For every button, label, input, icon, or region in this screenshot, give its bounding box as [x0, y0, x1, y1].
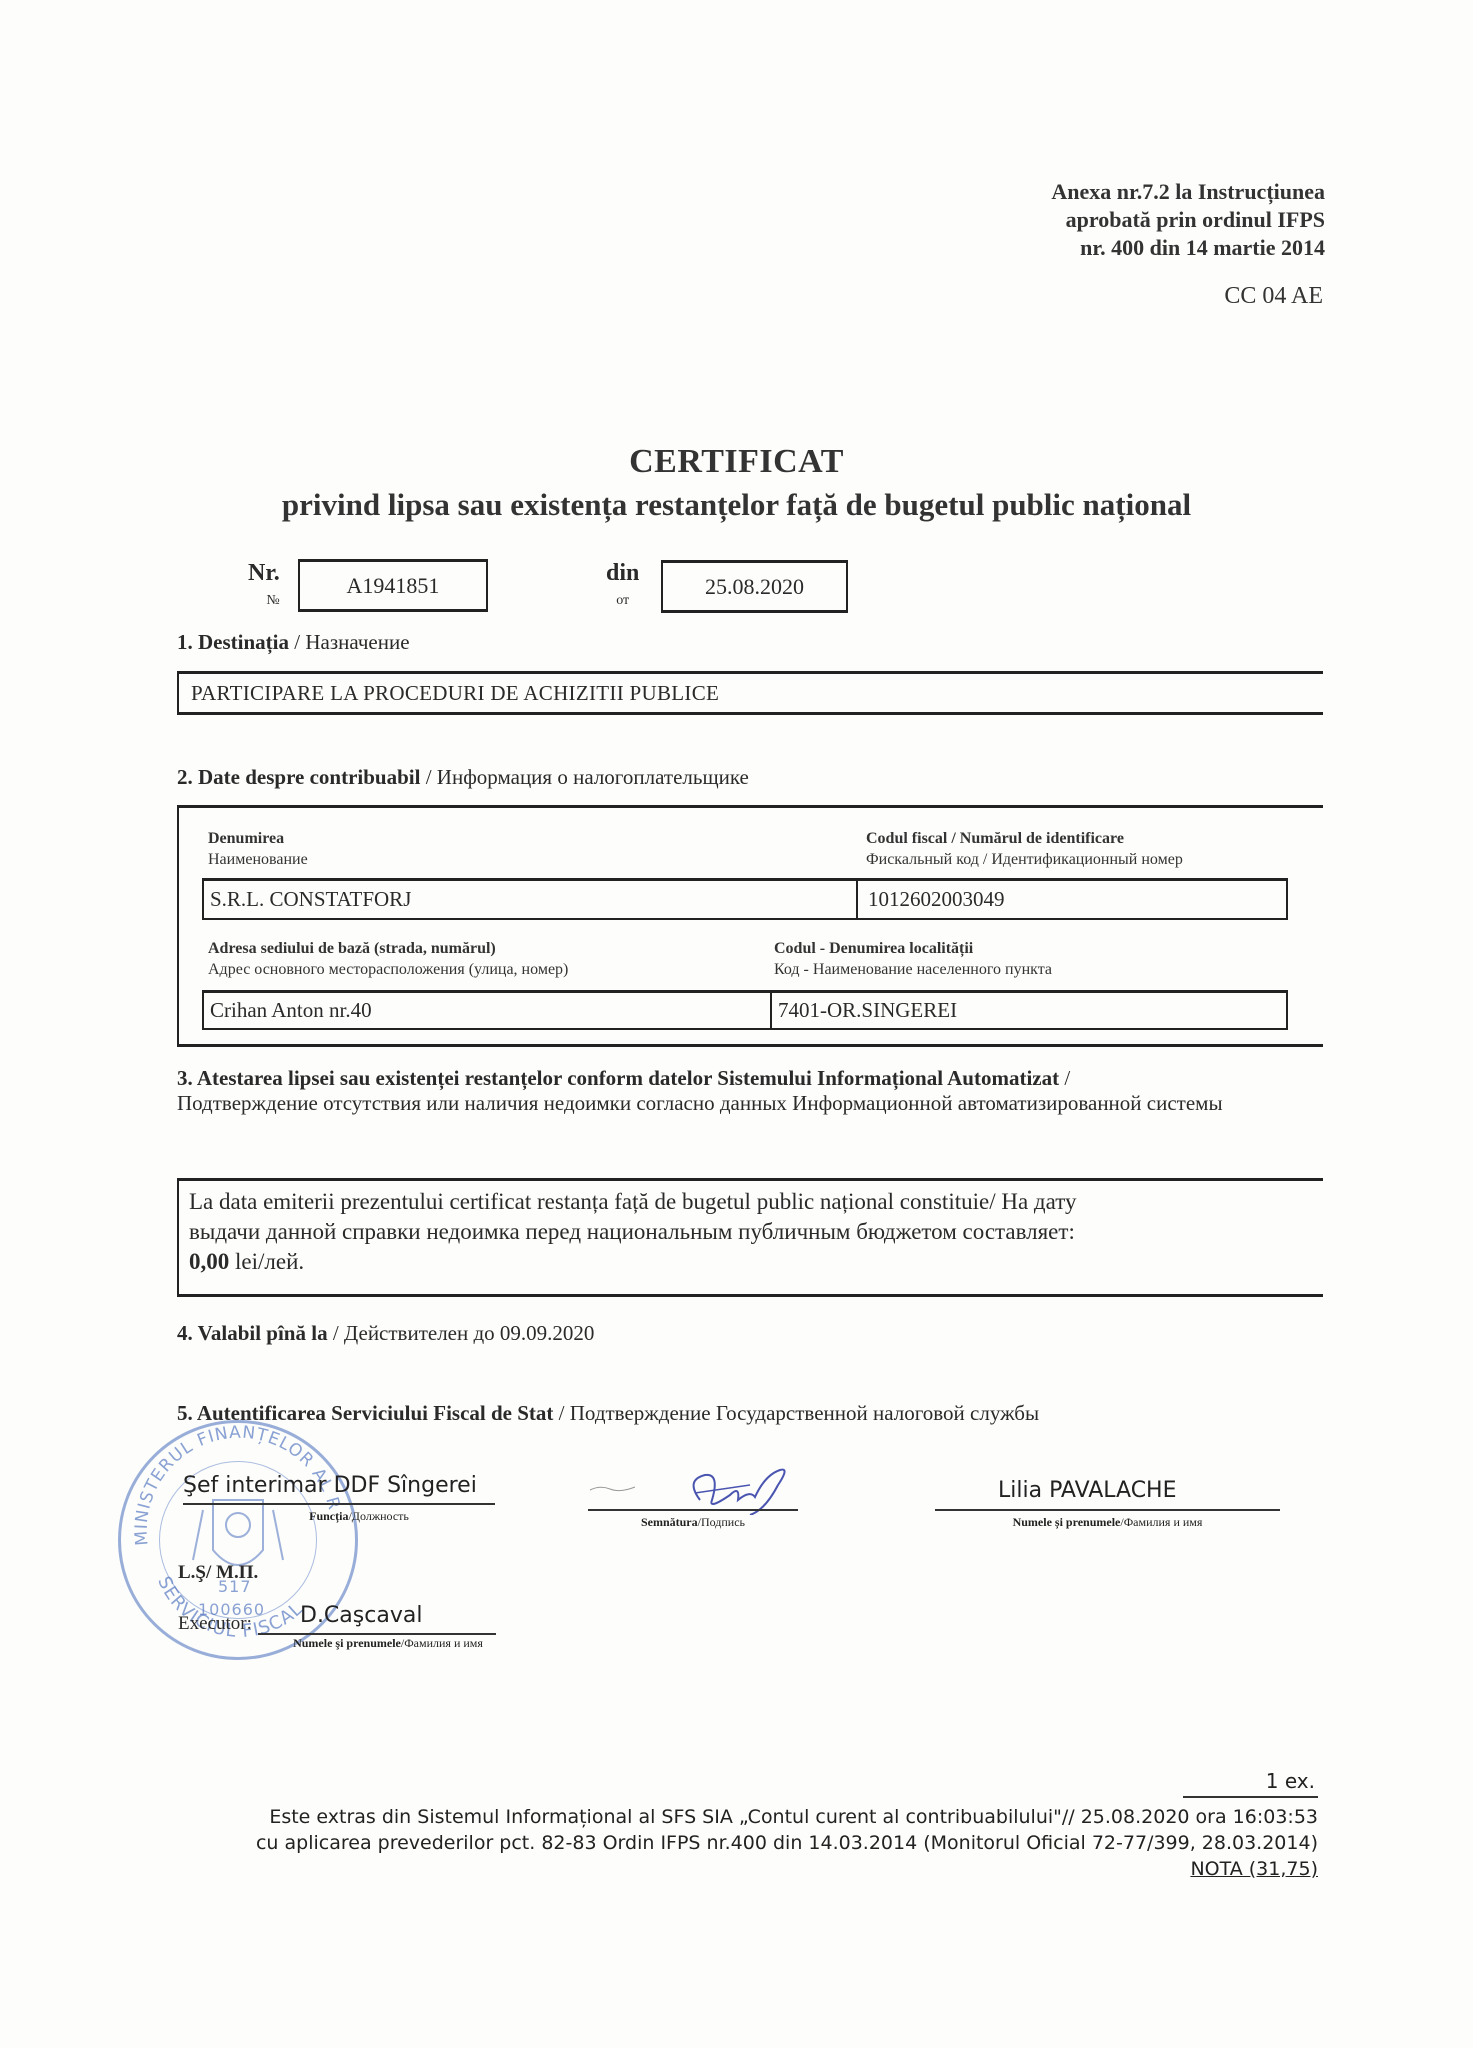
seal-label: L.Ş/ М.П. — [178, 1562, 258, 1584]
position-caption-ru: /Должность — [348, 1509, 408, 1523]
annex-line: Anexa nr.7.2 la Instrucțiunea — [1051, 178, 1325, 206]
section4-title-ro: 4. Valabil pînă la — [177, 1321, 328, 1345]
name-caption-ro: Numele și prenumele — [1013, 1515, 1121, 1529]
section2-title-ru: / Информация о налогоплательщике — [420, 765, 748, 789]
executor-caption-ru: /Фамилия и имя — [401, 1636, 483, 1650]
name-caption-ru: /Фамилия и имя — [1120, 1515, 1202, 1529]
name-label-ro: Denumirea — [208, 830, 284, 847]
address-label-ro: Adresa sediului de bază (strada, numărul… — [208, 940, 496, 957]
annex-line: aprobată prin ordinul IFPS — [1051, 206, 1325, 234]
section3-title-ru: Подтверждение отсутствия или наличия нед… — [177, 1091, 1223, 1115]
date-label-ru: от — [606, 590, 639, 612]
section2-heading: 2. Date despre contribuabil / Информация… — [177, 765, 749, 790]
section4-validity: 4. Valabil pînă la / Действителен до 09.… — [177, 1321, 594, 1346]
position-caption-ro: Funcția — [309, 1509, 348, 1523]
certificate-date: 25.08.2020 — [661, 560, 848, 613]
arrears-amount: 0,00 — [189, 1249, 229, 1274]
taxpayer-info-box: Denumirea Наименование Codul fiscal / Nu… — [177, 805, 1323, 1047]
position-caption: Funcția/Должность — [183, 1509, 495, 1524]
locality-label-ro: Codul - Denumirea localității — [774, 940, 973, 957]
section5-title-ru: / Подтверждение Государственной налогово… — [553, 1401, 1039, 1425]
number-label-ro: Nr. — [248, 560, 280, 586]
signature-caption-ro: Semnătura — [641, 1515, 698, 1529]
section3-heading: 3. Atestarea lipsei sau existenței resta… — [177, 1066, 1327, 1116]
address-label-ru: Адрес основного месторасположения (улица… — [208, 961, 568, 978]
date-label: din от — [606, 562, 639, 612]
executor-caption-ro: Numele şi prenumele — [293, 1636, 401, 1650]
fiscal-label-ro: Codul fiscal / Numărul de identificare — [866, 830, 1124, 847]
name-caption: Numele și prenumele/Фамилия и имя — [935, 1515, 1280, 1530]
signature-line — [588, 1509, 798, 1511]
taxpayer-name: S.R.L. CONSTATFORJ — [202, 878, 858, 920]
section2-title-ro: 2. Date despre contribuabil — [177, 765, 420, 789]
executor-name: D.Caşcaval — [300, 1603, 422, 1628]
position-line — [183, 1503, 495, 1505]
signature-caption-ru: /Подпись — [698, 1515, 745, 1529]
handwritten-signature — [580, 1455, 830, 1515]
number-label-ru: № — [248, 590, 280, 612]
locality-label-ru: Код - Наименование населенного пункта — [774, 961, 1052, 978]
address-value: Crihan Anton nr.40 — [202, 990, 772, 1030]
section1-title-ro: 1. Destinația — [177, 630, 289, 654]
statement-line-2: выдачи данной справки недоимка перед нац… — [189, 1217, 1313, 1247]
statement-line-1: La data emiterii prezentului certificat … — [189, 1187, 1313, 1217]
destination-field: PARTICIPARE LA PROCEDURI DE ACHIZITII PU… — [177, 671, 1323, 715]
annex-reference: Anexa nr.7.2 la Instrucțiunea aprobată p… — [1051, 178, 1325, 262]
document-subtitle: privind lipsa sau existența restanțelor … — [0, 487, 1473, 523]
signer-name: Lilia PAVALACHE — [998, 1478, 1177, 1503]
section1-heading: 1. Destinația / Назначение — [177, 630, 410, 655]
footer-text: Este extras din Sistemul Informațional a… — [178, 1804, 1318, 1882]
arrears-currency: lei/лей. — [229, 1249, 304, 1274]
executor-label: Executor: — [178, 1613, 252, 1635]
section3-title-ro: 3. Atestarea lipsei sau existenței resta… — [177, 1066, 1059, 1090]
fiscal-code-label: Codul fiscal / Numărul de identificare Ф… — [866, 828, 1183, 870]
locality-value: 7401-OR.SINGEREI — [770, 990, 1288, 1030]
section1-title-ru: / Назначение — [289, 630, 410, 654]
annex-line: nr. 400 din 14 martie 2014 — [1051, 234, 1325, 262]
executor-line — [258, 1633, 496, 1635]
footer-line-2: cu aplicarea prevederilor pct. 82-83 Ord… — [178, 1830, 1318, 1856]
address-label: Adresa sediului de bază (strada, numărul… — [208, 938, 568, 980]
section3-title-sep: / — [1059, 1066, 1070, 1090]
locality-label: Codul - Denumirea localității Код - Наим… — [774, 938, 1052, 980]
name-label-ru: Наименование — [208, 851, 308, 868]
name-line — [935, 1509, 1280, 1511]
form-code: CC 04 AE — [1224, 283, 1323, 310]
copies-line — [1183, 1796, 1318, 1798]
copies-count: 1 ex. — [1266, 1768, 1315, 1794]
signer-position: Şef interimar DDF Sîngerei — [183, 1473, 495, 1498]
executor-caption: Numele şi prenumele/Фамилия и имя — [258, 1636, 518, 1651]
date-label-ro: din — [606, 560, 639, 586]
section4-title-ru: / Действителен до 09.09.2020 — [328, 1321, 595, 1345]
fiscal-label-ru: Фискальный код / Идентификационный номер — [866, 851, 1183, 868]
footer-note: NOTA (31,75) — [178, 1856, 1318, 1882]
arrears-amount-line: 0,00 lei/лей. — [189, 1247, 1313, 1277]
fiscal-code: 1012602003049 — [856, 878, 1288, 920]
footer-line-1: Este extras din Sistemul Informațional a… — [178, 1804, 1318, 1830]
number-label: Nr. № — [248, 562, 280, 612]
signature-caption: Semnătura/Подпись — [588, 1515, 798, 1530]
document-title: CERTIFICAT — [0, 443, 1473, 481]
arrears-statement: La data emiterii prezentului certificat … — [177, 1178, 1323, 1297]
name-label: Denumirea Наименование — [208, 828, 308, 870]
certificate-number: A1941851 — [298, 559, 488, 612]
